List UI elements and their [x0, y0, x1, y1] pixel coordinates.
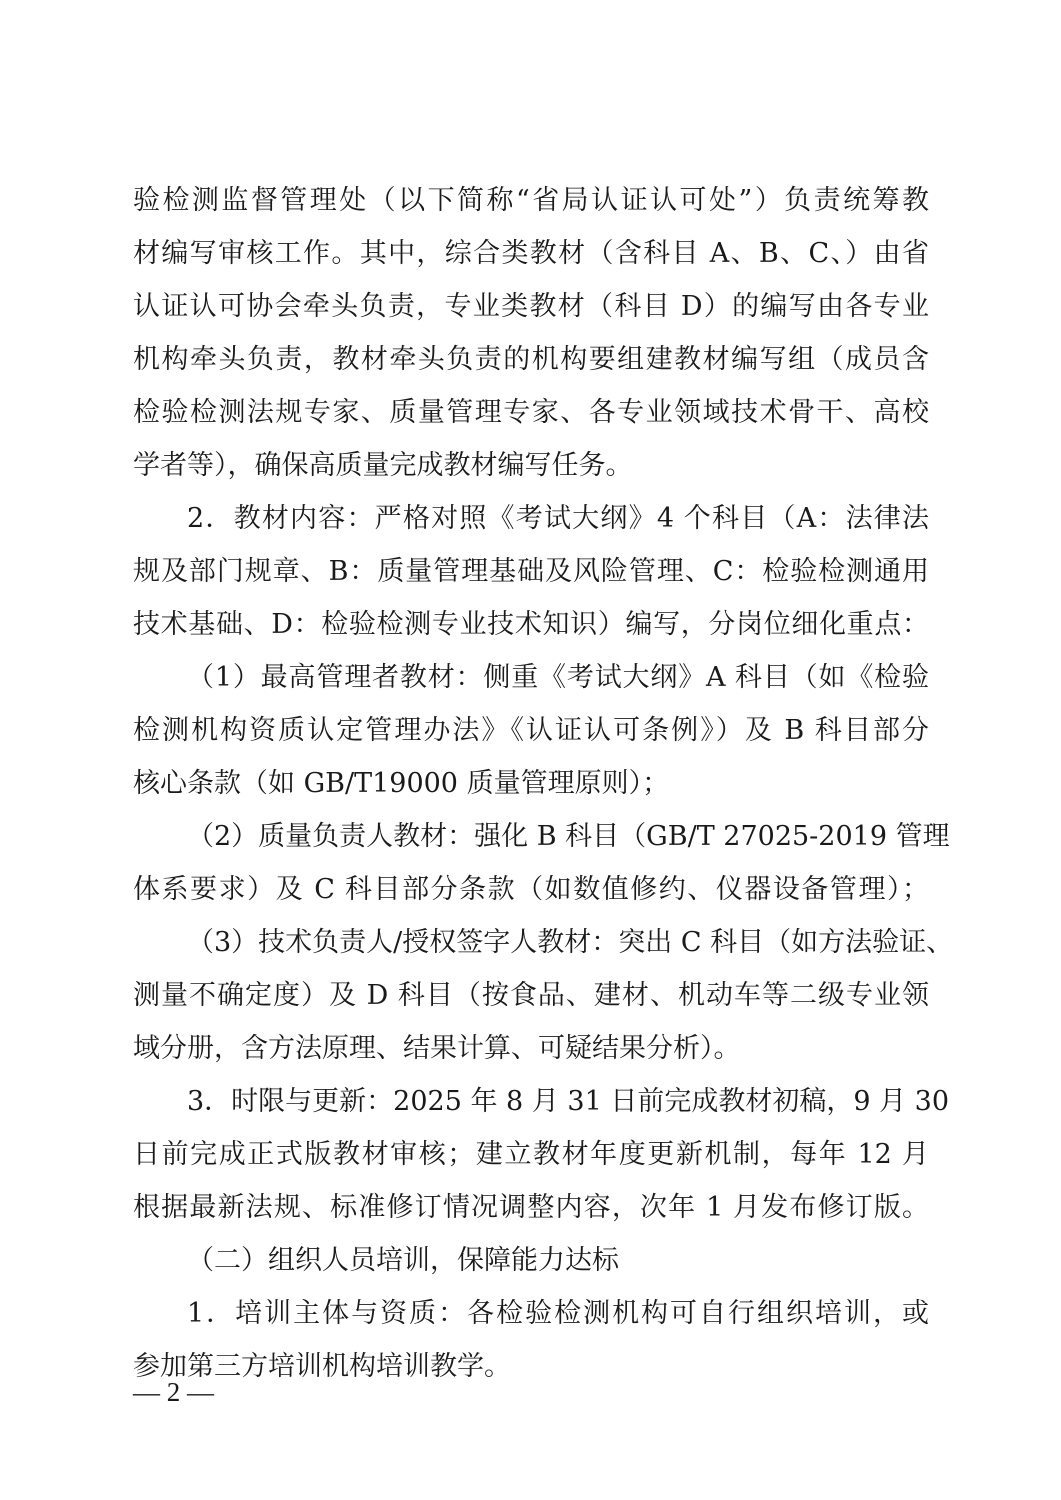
text-line: 材编写审核工作。其中，综合类教材（含科目 A、B、C、）由省 — [133, 227, 929, 280]
text-line: 检验检测法规专家、质量管理专家、各专业领域技术骨干、高校 — [133, 386, 929, 439]
text-line: 核心条款（如 GB/T19000 质量管理原则）； — [133, 757, 929, 810]
text-line: （3）技术负责人/授权签字人教材：突出 C 科目（如方法验证、 — [133, 916, 929, 969]
text-line: 体系要求）及 C 科目部分条款（如数值修约、仪器设备管理）； — [133, 863, 929, 916]
paragraph-top-manager-textbook: （1）最高管理者教材：侧重《考试大纲》A 科目（如《检验 检测机构资质认定管理办… — [133, 651, 929, 810]
paragraph-textbook-content: 2．教材内容：严格对照《考试大纲》4 个科目（A：法律法 规及部门规章、B：质量… — [133, 492, 929, 651]
paragraph-quality-manager-textbook: （2）质量负责人教材：强化 B 科目（GB/T 27025-2019 管理 体系… — [133, 810, 929, 916]
text-line: 根据最新法规、标准修订情况调整内容，次年 1 月发布修订版。 — [133, 1181, 929, 1234]
text-line: 学者等），确保高质量完成教材编写任务。 — [133, 439, 929, 492]
text-line: 规及部门规章、B：质量管理基础及风险管理、C：检验检测通用 — [133, 545, 929, 598]
document-page: 验检测监督管理处（以下简称“省局认证认可处”）负责统筹教 材编写审核工作。其中，… — [0, 0, 1061, 1500]
paragraph-training-subject: 1．培训主体与资质：各检验检测机构可自行组织培训，或 参加第三方培训机构培训教学… — [133, 1287, 929, 1393]
text-line: 3．时限与更新：2025 年 8 月 31 日前完成教材初稿，9 月 30 — [133, 1075, 929, 1128]
paragraph-timeline-update: 3．时限与更新：2025 年 8 月 31 日前完成教材初稿，9 月 30 日前… — [133, 1075, 929, 1234]
text-line: 机构牵头负责，教材牵头负责的机构要组建教材编写组（成员含 — [133, 333, 929, 386]
text-line: 日前完成正式版教材审核；建立教材年度更新机制，每年 12 月 — [133, 1128, 929, 1181]
paragraph-org-responsibility: 验检测监督管理处（以下简称“省局认证认可处”）负责统筹教 材编写审核工作。其中，… — [133, 174, 929, 492]
section-heading: （二）组织人员培训，保障能力达标 — [133, 1234, 929, 1287]
text-line: 参加第三方培训机构培训教学。 — [133, 1340, 929, 1393]
text-line: 1．培训主体与资质：各检验检测机构可自行组织培训，或 — [133, 1287, 929, 1340]
body-text: 验检测监督管理处（以下简称“省局认证认可处”）负责统筹教 材编写审核工作。其中，… — [133, 174, 929, 1393]
text-line: （2）质量负责人教材：强化 B 科目（GB/T 27025-2019 管理 — [133, 810, 929, 863]
text-line: 认证认可协会牵头负责，专业类教材（科目 D）的编写由各专业 — [133, 280, 929, 333]
section-heading-training: （二）组织人员培训，保障能力达标 — [133, 1234, 929, 1287]
text-line: 技术基础、D：检验检测专业技术知识）编写，分岗位细化重点： — [133, 598, 929, 651]
text-line: 验检测监督管理处（以下简称“省局认证认可处”）负责统筹教 — [133, 174, 929, 227]
paragraph-technical-manager-textbook: （3）技术负责人/授权签字人教材：突出 C 科目（如方法验证、 测量不确定度）及… — [133, 916, 929, 1075]
text-line: 2．教材内容：严格对照《考试大纲》4 个科目（A：法律法 — [133, 492, 929, 545]
text-line: 域分册，含方法原理、结果计算、可疑结果分析）。 — [133, 1022, 929, 1075]
text-line: 检测机构资质认定管理办法》《认证认可条例》）及 B 科目部分 — [133, 704, 929, 757]
page-number: — 2 — — [133, 1377, 214, 1408]
text-line: （1）最高管理者教材：侧重《考试大纲》A 科目（如《检验 — [133, 651, 929, 704]
text-line: 测量不确定度）及 D 科目（按食品、建材、机动车等二级专业领 — [133, 969, 929, 1022]
